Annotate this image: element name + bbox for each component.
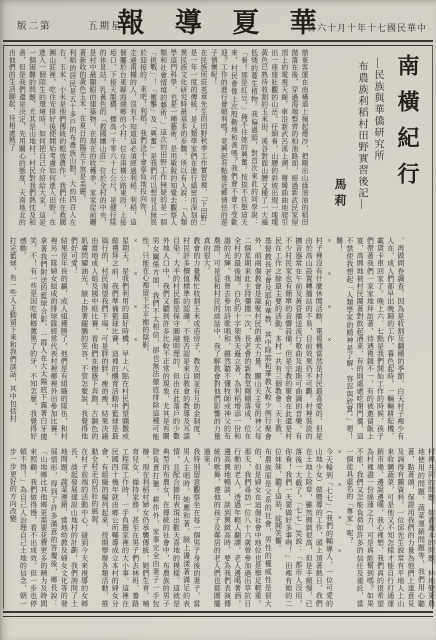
article-paragraph: 打完籃球，有一些人主動留下來和我們談話，其中包括村 (8, 237, 18, 440)
section-separator: × × × × (335, 448, 345, 607)
article-subtitle-2: 布農族利稻村田野實習後記― (354, 61, 369, 227)
article-paragraph: 今天輪到「七七」（我們的輔導人，一位可愛的山地少女）做嚮導的工作，頭上頂著熱日，… (273, 448, 334, 607)
article-paragraph: 我特別留意觀察坐在每一個男子身後的妻子，當男人主唱時，她應和著，臉上盪漾著滿足的… (90, 448, 202, 607)
bottom-double-rule (3, 611, 433, 617)
newspaper-page: 版二第 五期星 報 導 夏 華 日六十月十年十七國民華中 鼎東客運在南橫道上揚起… (0, 0, 436, 640)
article-title: 南橫紀行 (392, 54, 423, 227)
band-1: 鼎東客運在南橫道上揚起煙沙，把剛出山綠油油的稻田拋落在後，穿過海端整齊的柏油路面… (8, 47, 428, 227)
article-body-band1: 鼎東客運在南橫道上揚起煙沙，把剛出山綠油油的稻田拋落在後，穿過海端整齊的柏油路面… (8, 49, 308, 226)
section-separator: × × × × (130, 237, 140, 440)
section-separator: × × × × (324, 237, 334, 440)
article-paragraph: 布農族原是父系的社會，男性的權威性是很大的，但是婦女在這個社會中地位也是舉足輕重… (202, 448, 273, 607)
article-paragraph: 長、村裡較有影響力的長老會長者、鄉民代表……等，原來他們是希望透過我們，反應一些… (345, 448, 436, 607)
article-paragraph: 村子裡沒有什麼休閒活動，電視機當然是村民最喜愛的，但是由於高山設置轉播站的不易，… (202, 237, 324, 440)
article-paragraph: 教會的力量幫忙收割玉米或造房子，教友間並有互助金制度，村民許多價值標準的認識，不… (141, 237, 202, 440)
masthead-title: 報 導 夏 華 (110, 1, 326, 40)
date-label: 日六十月十年十七國民華中 (307, 21, 427, 34)
content-frame: 鼎東客運在南橫道上揚起煙沙，把剛出山綠油油的稻田拋落在後，穿過海端整齊的柏油路面… (3, 45, 433, 609)
article-paragraph: ，再做問卷調查。因為是收割及翻種的季節，白天村子裡少有人在，成人們都早出晚歸的工… (335, 237, 406, 440)
article-paragraph: 在民族所莊英章先生的田野秋季工作實習裡，「下田野」是一年一度的傳統，是人類學家們… (136, 49, 207, 226)
article-paragraph: 利稻的居民是五十多戶的布農族山胞，大約四百人左右，玉米、小米是他們傳統的粗放農作… (8, 49, 76, 226)
article-paragraph: 在村子前端的活動中心，碰到今天來視導的女鄉長，談起發展建設山地村的計劃，我們詢問… (8, 448, 90, 607)
article-paragraph: 走過南橫的人，沒有不知道這必須經過利稻。利稻，這個屬於台東縣海端鄉的小村，位在南… (76, 49, 137, 226)
article-title-block: 南橫紀行 ―民族與華僑研究所 布農族利稻村田野實習後記― 馬莉 (308, 47, 428, 227)
article-paragraph: 星期天，是我們利用的最好時機，早上八點在村民們望彌撒或做禮拜之前，我們準備籃球比… (69, 237, 130, 440)
article-paragraph: 鼎東客運在南橫道上揚起煙沙，把剛出山綠油油的稻田拋落在後，穿過海端整齊的柏油路面… (207, 49, 308, 226)
edition-label: 版二第 (17, 18, 52, 32)
article-subtitle-1: ―民族與華僑研究所 (370, 58, 385, 227)
article-author: 馬莉 (332, 178, 349, 227)
article-paragraph: 結果是年長的贏，成人組獲勝了，他們是有組織的隊伍，和村裡另一隊婦女組成的排球隊經… (18, 237, 69, 440)
article-body-band3: 長、村裡較有影響力的長老會長者、鄉民代表……等，原來他們是希望透過我們，反應一些… (8, 448, 436, 607)
article-body-band2: ，再做問卷調查。因為是收割及翻種的季節，白天村子裡少有人在，成人們都早出晚歸的工… (8, 237, 406, 440)
